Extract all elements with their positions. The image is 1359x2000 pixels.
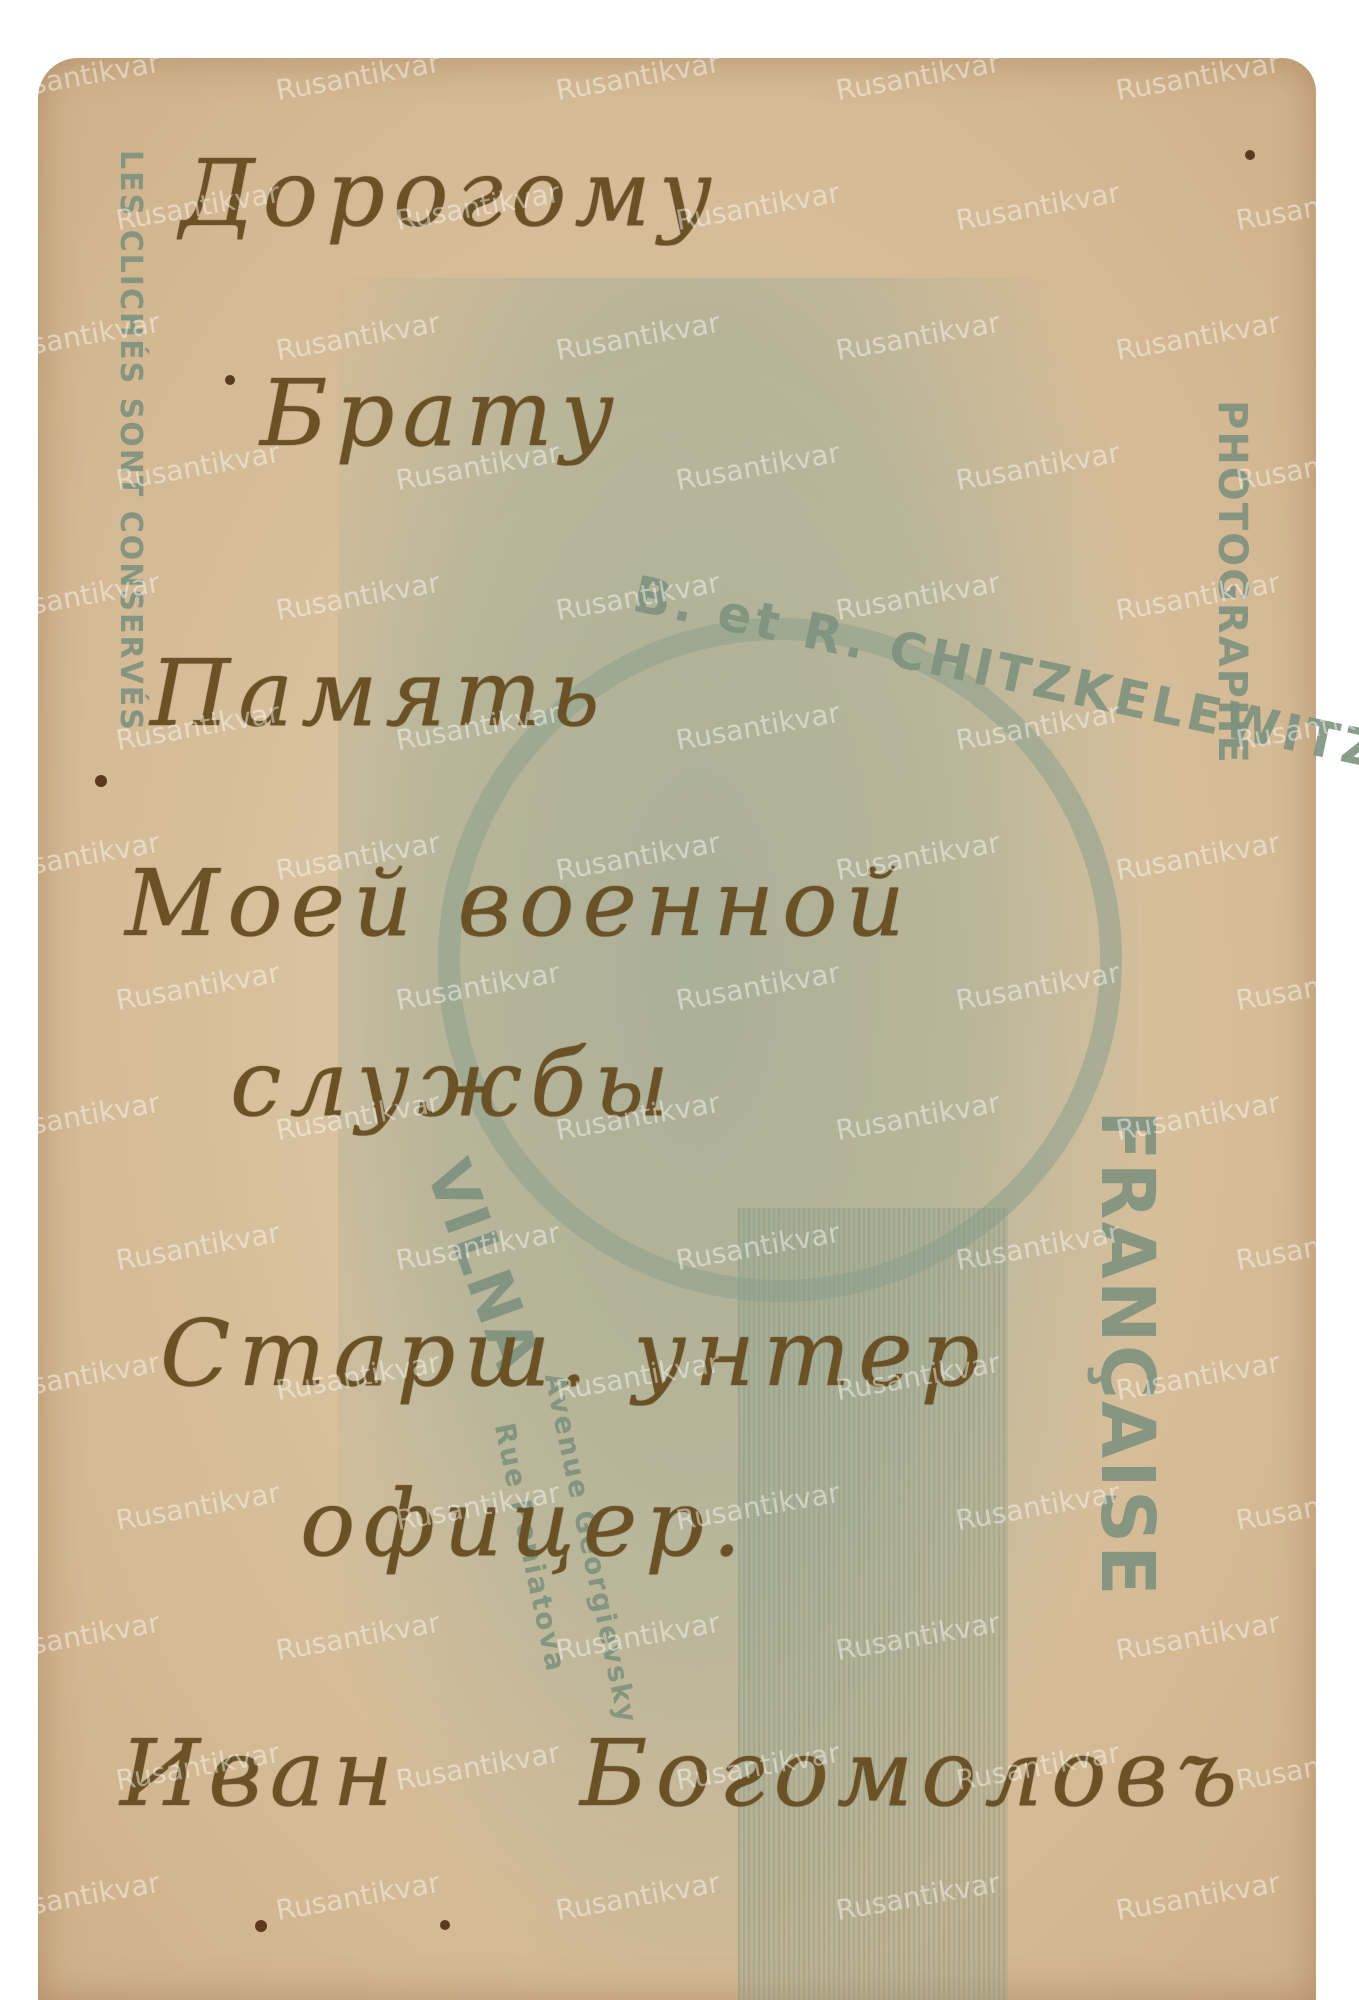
handwriting-line: Моей военной xyxy=(125,850,913,957)
francaise-label: FRANÇAISE xyxy=(1084,1110,1170,1598)
ink-spot xyxy=(255,1920,267,1932)
ink-spot xyxy=(1245,150,1255,160)
handwriting-line: Брату xyxy=(260,360,622,467)
ink-spot xyxy=(440,1920,450,1930)
ink-spot xyxy=(95,775,107,787)
ink-spot xyxy=(225,375,235,385)
